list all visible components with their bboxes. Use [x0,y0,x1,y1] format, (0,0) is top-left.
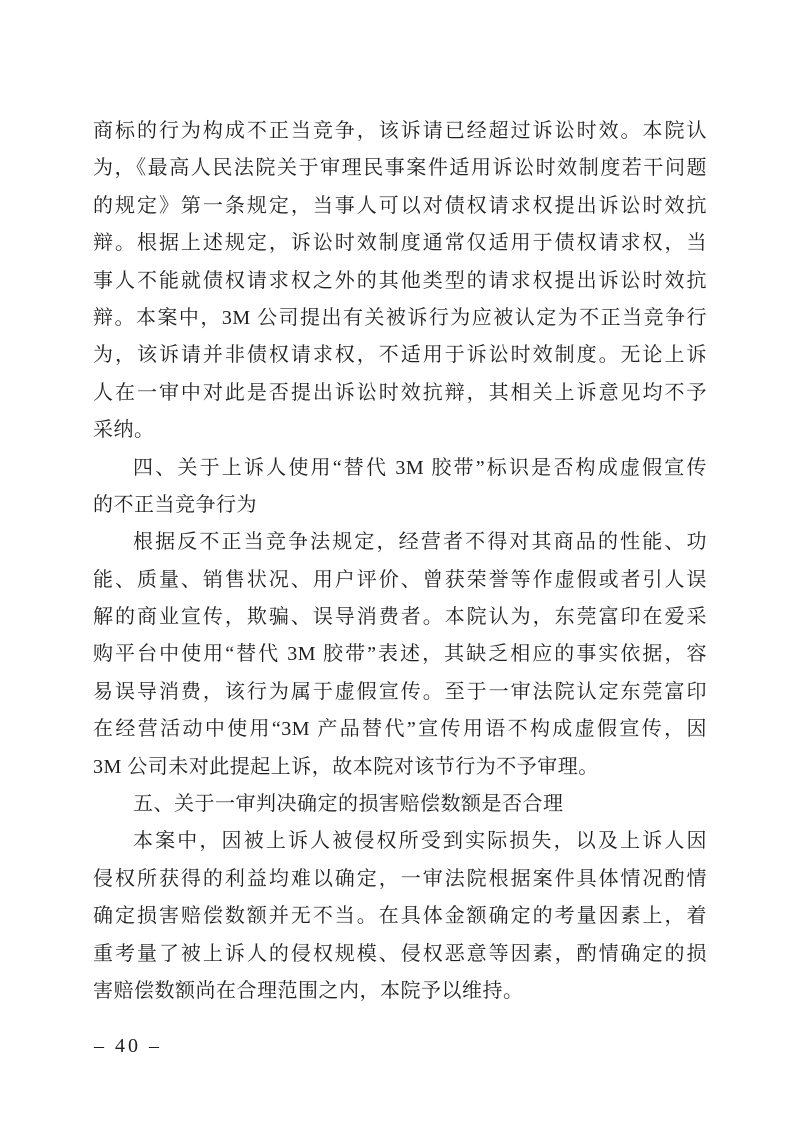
body-text-line: 辩。本案中，3M 公司提出有关被诉行为应被认定为不正当竞争行 [93,300,707,337]
body-text-line: 侵权所获得的利益均难以确定，一审法院根据案件具体情况酌情 [93,861,707,898]
body-text-line: 能、质量、销售状况、用户评价、曾获荣誉等作虚假或者引人误 [93,562,707,599]
body-text-line: 辩。根据上述规定，诉讼时效制度通常仅适用于债权请求权，当 [93,225,707,262]
page-number: – 40 – [94,1032,162,1060]
body-text-line: 为，该诉请并非债权请求权，不适用于诉讼时效制度。无论上诉 [93,337,707,374]
body-text-line: 害赔偿数额尚在合理范围之内，本院予以维持。 [93,973,707,1010]
body-text-line: 重考量了被上诉人的侵权规模、侵权恶意等因素，酌情确定的损 [93,936,707,973]
body-text-line: 3M 公司未对此提起上诉，故本院对该节行为不予审理。 [93,749,707,786]
body-text-line: 本案中，因被上诉人被侵权所受到实际损失，以及上诉人因 [93,823,707,860]
body-text-line: 易误导消费，该行为属于虚假宣传。至于一审法院认定东莞富印 [93,674,707,711]
body-text-line: 为，《最高人民法院关于审理民事案件适用诉讼时效制度若干问题 [93,150,707,187]
body-text-line: 购平台中使用“替代 3M 胶带”表述，其缺乏相应的事实依据，容 [93,636,707,673]
body-text-line: 解的商业宣传，欺骗、误导消费者。本院认为，东莞富印在爱采 [93,599,707,636]
body-text-line: 采纳。 [93,412,707,449]
body-text-line: 确定损害赔偿数额并无不当。在具体金额确定的考量因素上，着 [93,898,707,935]
document-page: 商标的行为构成不正当竞争，该诉请已经超过诉讼时效。本院认 为，《最高人民法院关于… [0,0,794,1123]
body-text-line: 在经营活动中使用“3M 产品替代”宣传用语不构成虚假宣传，因 [93,711,707,748]
body-text-line: 人在一审中对此是否提出诉讼时效抗辩，其相关上诉意见均不予 [93,375,707,412]
body-text-line: 的规定》第一条规定，当事人可以对债权请求权提出诉讼时效抗 [93,188,707,225]
section-5-heading-line: 五、关于一审判决确定的损害赔偿数额是否合理 [93,786,707,823]
section-4-heading-line: 的不正当竞争行为 [93,487,707,524]
body-text-line: 商标的行为构成不正当竞争，该诉请已经超过诉讼时效。本院认 [93,113,707,150]
section-4-heading-line: 四、关于上诉人使用“替代 3M 胶带”标识是否构成虚假宣传 [93,450,707,487]
body-text-line: 根据反不正当竞争法规定，经营者不得对其商品的性能、功 [93,524,707,561]
body-text-line: 事人不能就债权请求权之外的其他类型的请求权提出诉讼时效抗 [93,263,707,300]
document-text-block: 商标的行为构成不正当竞争，该诉请已经超过诉讼时效。本院认 为，《最高人民法院关于… [93,113,707,1010]
